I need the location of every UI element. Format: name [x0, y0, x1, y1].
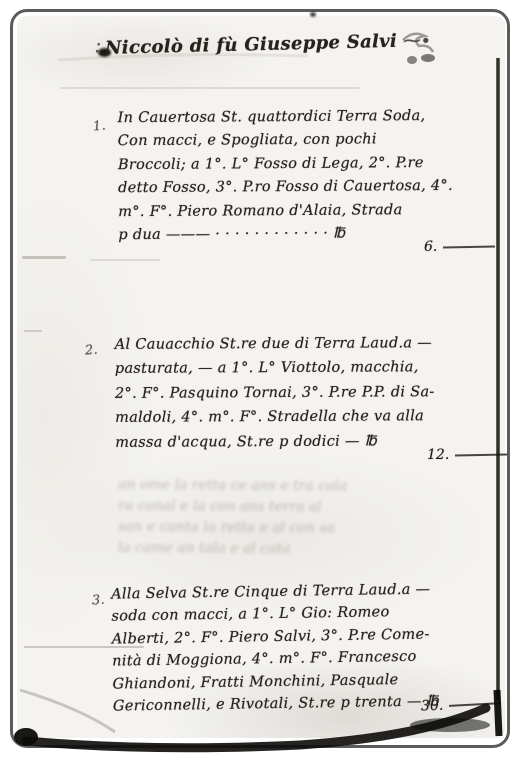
entry-line: pasturata, — a 1°. L° Viottolo, macchia,: [115, 356, 435, 382]
amount-dash: [455, 454, 507, 457]
margin-dash: [22, 256, 66, 259]
amount-value: 30.: [421, 698, 444, 715]
manuscript-scan: ∶Niccolò di fù Giuseppe Salvi⁓∙ 1. In Ca…: [0, 0, 521, 760]
amount-value: 6.: [424, 239, 437, 255]
entry-line: detto Fosso, 3°. P.ro Fosso di Cauertosa…: [118, 175, 453, 201]
entry-2-amount: 12.: [427, 447, 507, 463]
entry-line: p dua ——— · · · · · · · · · · · · ℔: [118, 222, 453, 248]
entry-1-amount: 6.: [424, 239, 495, 255]
amount-value: 12.: [427, 447, 449, 463]
scan-streak: [60, 87, 360, 89]
entry-line: 2°. F°. Pasquino Tornai, 3°. P.re P.P. d…: [115, 380, 435, 406]
entry-line: Al Cauacchio St.re due di Terra Laud.a —: [115, 331, 435, 357]
entry-line: Con macci, e Spogliata, con pochi: [118, 128, 453, 154]
amount-dash: [443, 246, 495, 249]
entry-3-text: Alla Selva St.re Cinque di Terra Laud.a …: [111, 578, 439, 718]
entry-line: maldoli, 4°. m°. F°. Stradella che va al…: [115, 404, 435, 430]
entry-line: massa d'acqua, St.re p dodici — ℔: [115, 429, 435, 455]
entry-1-number: 1.: [92, 118, 107, 134]
entry-line: m°. F°. Piero Romano d'Alaia, Strada: [118, 198, 453, 224]
entry-line: Broccoli; a 1°. L° Fosso di Lega, 2°. P.…: [118, 152, 453, 178]
title-flourish-left: ∶: [88, 38, 106, 59]
margin-dash: [24, 330, 42, 332]
ink-smudge: [310, 12, 316, 17]
entry-2-text: Al Cauacchio St.re due di Terra Laud.a —…: [115, 331, 435, 455]
scan-streak: [90, 259, 160, 261]
amount-dash: [449, 702, 501, 707]
entry-3-number: 3.: [91, 593, 105, 609]
bleedthrough-text: an ome la retta ce ans e tra cala ra can…: [118, 475, 464, 561]
bleedthrough-line: ra canal e la con ans terra al: [118, 496, 463, 519]
bleedthrough-line: la came an tala e al cata: [118, 538, 463, 561]
title-flourish-right: ⁓∙: [397, 30, 437, 52]
entry-1-text: In Cauertosa St. quattordici Terra Soda,…: [118, 105, 454, 248]
bleedthrough-line: san e canta la retta e al con sa: [118, 517, 463, 540]
entry-line: In Cauertosa St. quattordici Terra Soda,: [118, 105, 453, 131]
entry-2-number: 2.: [84, 343, 98, 359]
entry-3-amount: 30.: [421, 696, 502, 715]
bleedthrough-line: an ome la retta ce ans e tra cala: [118, 475, 463, 498]
